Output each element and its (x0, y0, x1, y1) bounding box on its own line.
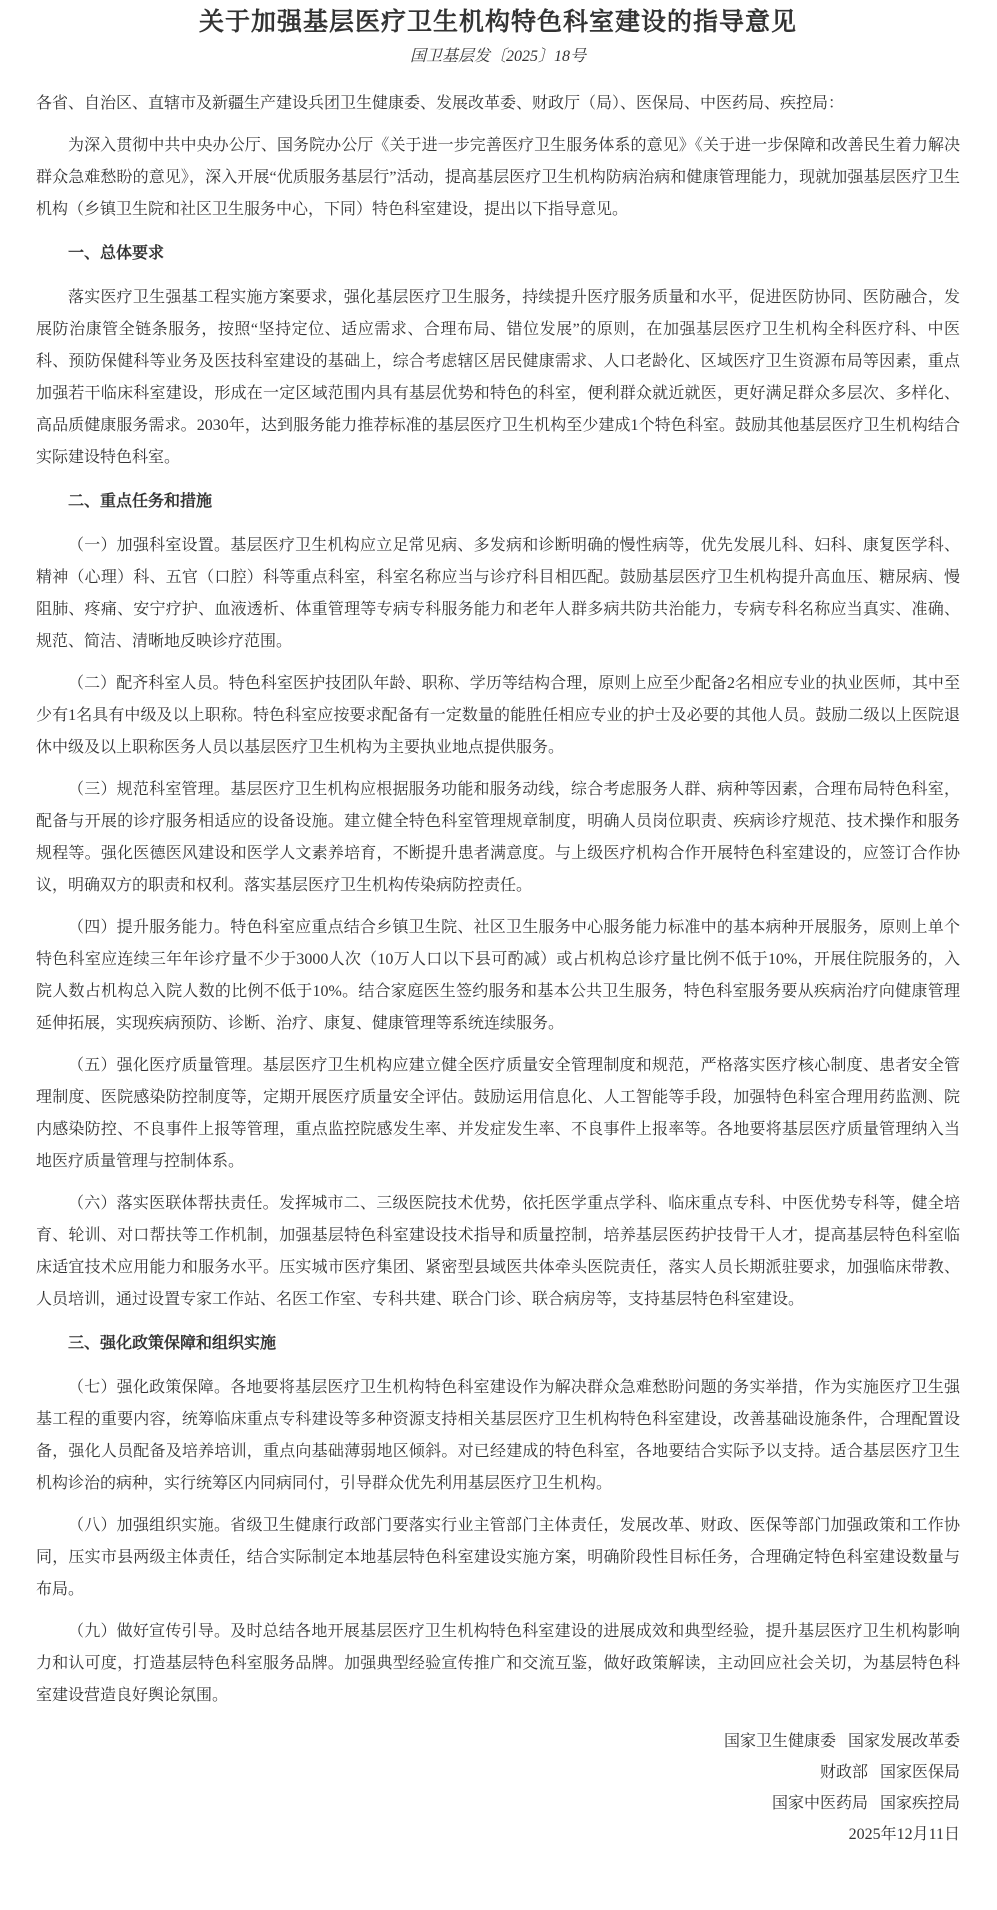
document-page: 关于加强基层医疗卫生机构特色科室建设的指导意见 国卫基层发〔2025〕18号 各… (0, 0, 997, 1910)
paragraph: （一）加强科室设置。基层医疗卫生机构应立足常见病、多发病和诊断明确的慢性病等，优… (36, 530, 960, 658)
paragraph: （八）加强组织实施。省级卫生健康行政部门要落实行业主管部门主体责任，发展改革、财… (36, 1510, 960, 1606)
section-heading: 一、总体要求 (36, 238, 960, 270)
paragraph: （七）强化政策保障。各地要将基层医疗卫生机构特色科室建设作为解决群众急难愁盼问题… (36, 1372, 960, 1500)
document-number: 国卫基层发〔2025〕18号 (36, 46, 960, 68)
document-body: 为深入贯彻中共中央办公厅、国务院办公厅《关于进一步完善医疗卫生服务体系的意见》《… (36, 130, 960, 1712)
paragraph: 为深入贯彻中共中央办公厅、国务院办公厅《关于进一步完善医疗卫生服务体系的意见》《… (36, 130, 960, 226)
salutation: 各省、自治区、直辖市及新疆生产建设兵团卫生健康委、发展改革委、财政厅（局）、医保… (36, 88, 960, 120)
signature-line: 财政部 国家医保局 (36, 1757, 960, 1788)
paragraph: （五）强化医疗质量管理。基层医疗卫生机构应建立健全医疗质量安全管理制度和规范，严… (36, 1050, 960, 1178)
document-title: 关于加强基层医疗卫生机构特色科室建设的指导意见 (36, 6, 960, 38)
section-heading: 二、重点任务和措施 (36, 486, 960, 518)
section-heading: 三、强化政策保障和组织实施 (36, 1328, 960, 1360)
paragraph: （四）提升服务能力。特色科室应重点结合乡镇卫生院、社区卫生服务中心服务能力标准中… (36, 912, 960, 1040)
paragraph: （二）配齐科室人员。特色科室医护技团队年龄、职称、学历等结构合理，原则上应至少配… (36, 668, 960, 764)
paragraph: （九）做好宣传引导。及时总结各地开展基层医疗卫生机构特色科室建设的进展成效和典型… (36, 1616, 960, 1712)
signature-line: 国家卫生健康委 国家发展改革委 (36, 1726, 960, 1757)
paragraph: 落实医疗卫生强基工程实施方案要求，强化基层医疗卫生服务，持续提升医疗服务质量和水… (36, 282, 960, 474)
paragraph: （三）规范科室管理。基层医疗卫生机构应根据服务功能和服务动线，综合考虑服务人群、… (36, 774, 960, 902)
signature-block: 国家卫生健康委 国家发展改革委财政部 国家医保局国家中医药局 国家疾控局2025… (36, 1726, 960, 1850)
document-date: 2025年12月11日 (36, 1819, 960, 1850)
signature-line: 国家中医药局 国家疾控局 (36, 1788, 960, 1819)
paragraph: （六）落实医联体帮扶责任。发挥城市二、三级医院技术优势，依托医学重点学科、临床重… (36, 1188, 960, 1316)
